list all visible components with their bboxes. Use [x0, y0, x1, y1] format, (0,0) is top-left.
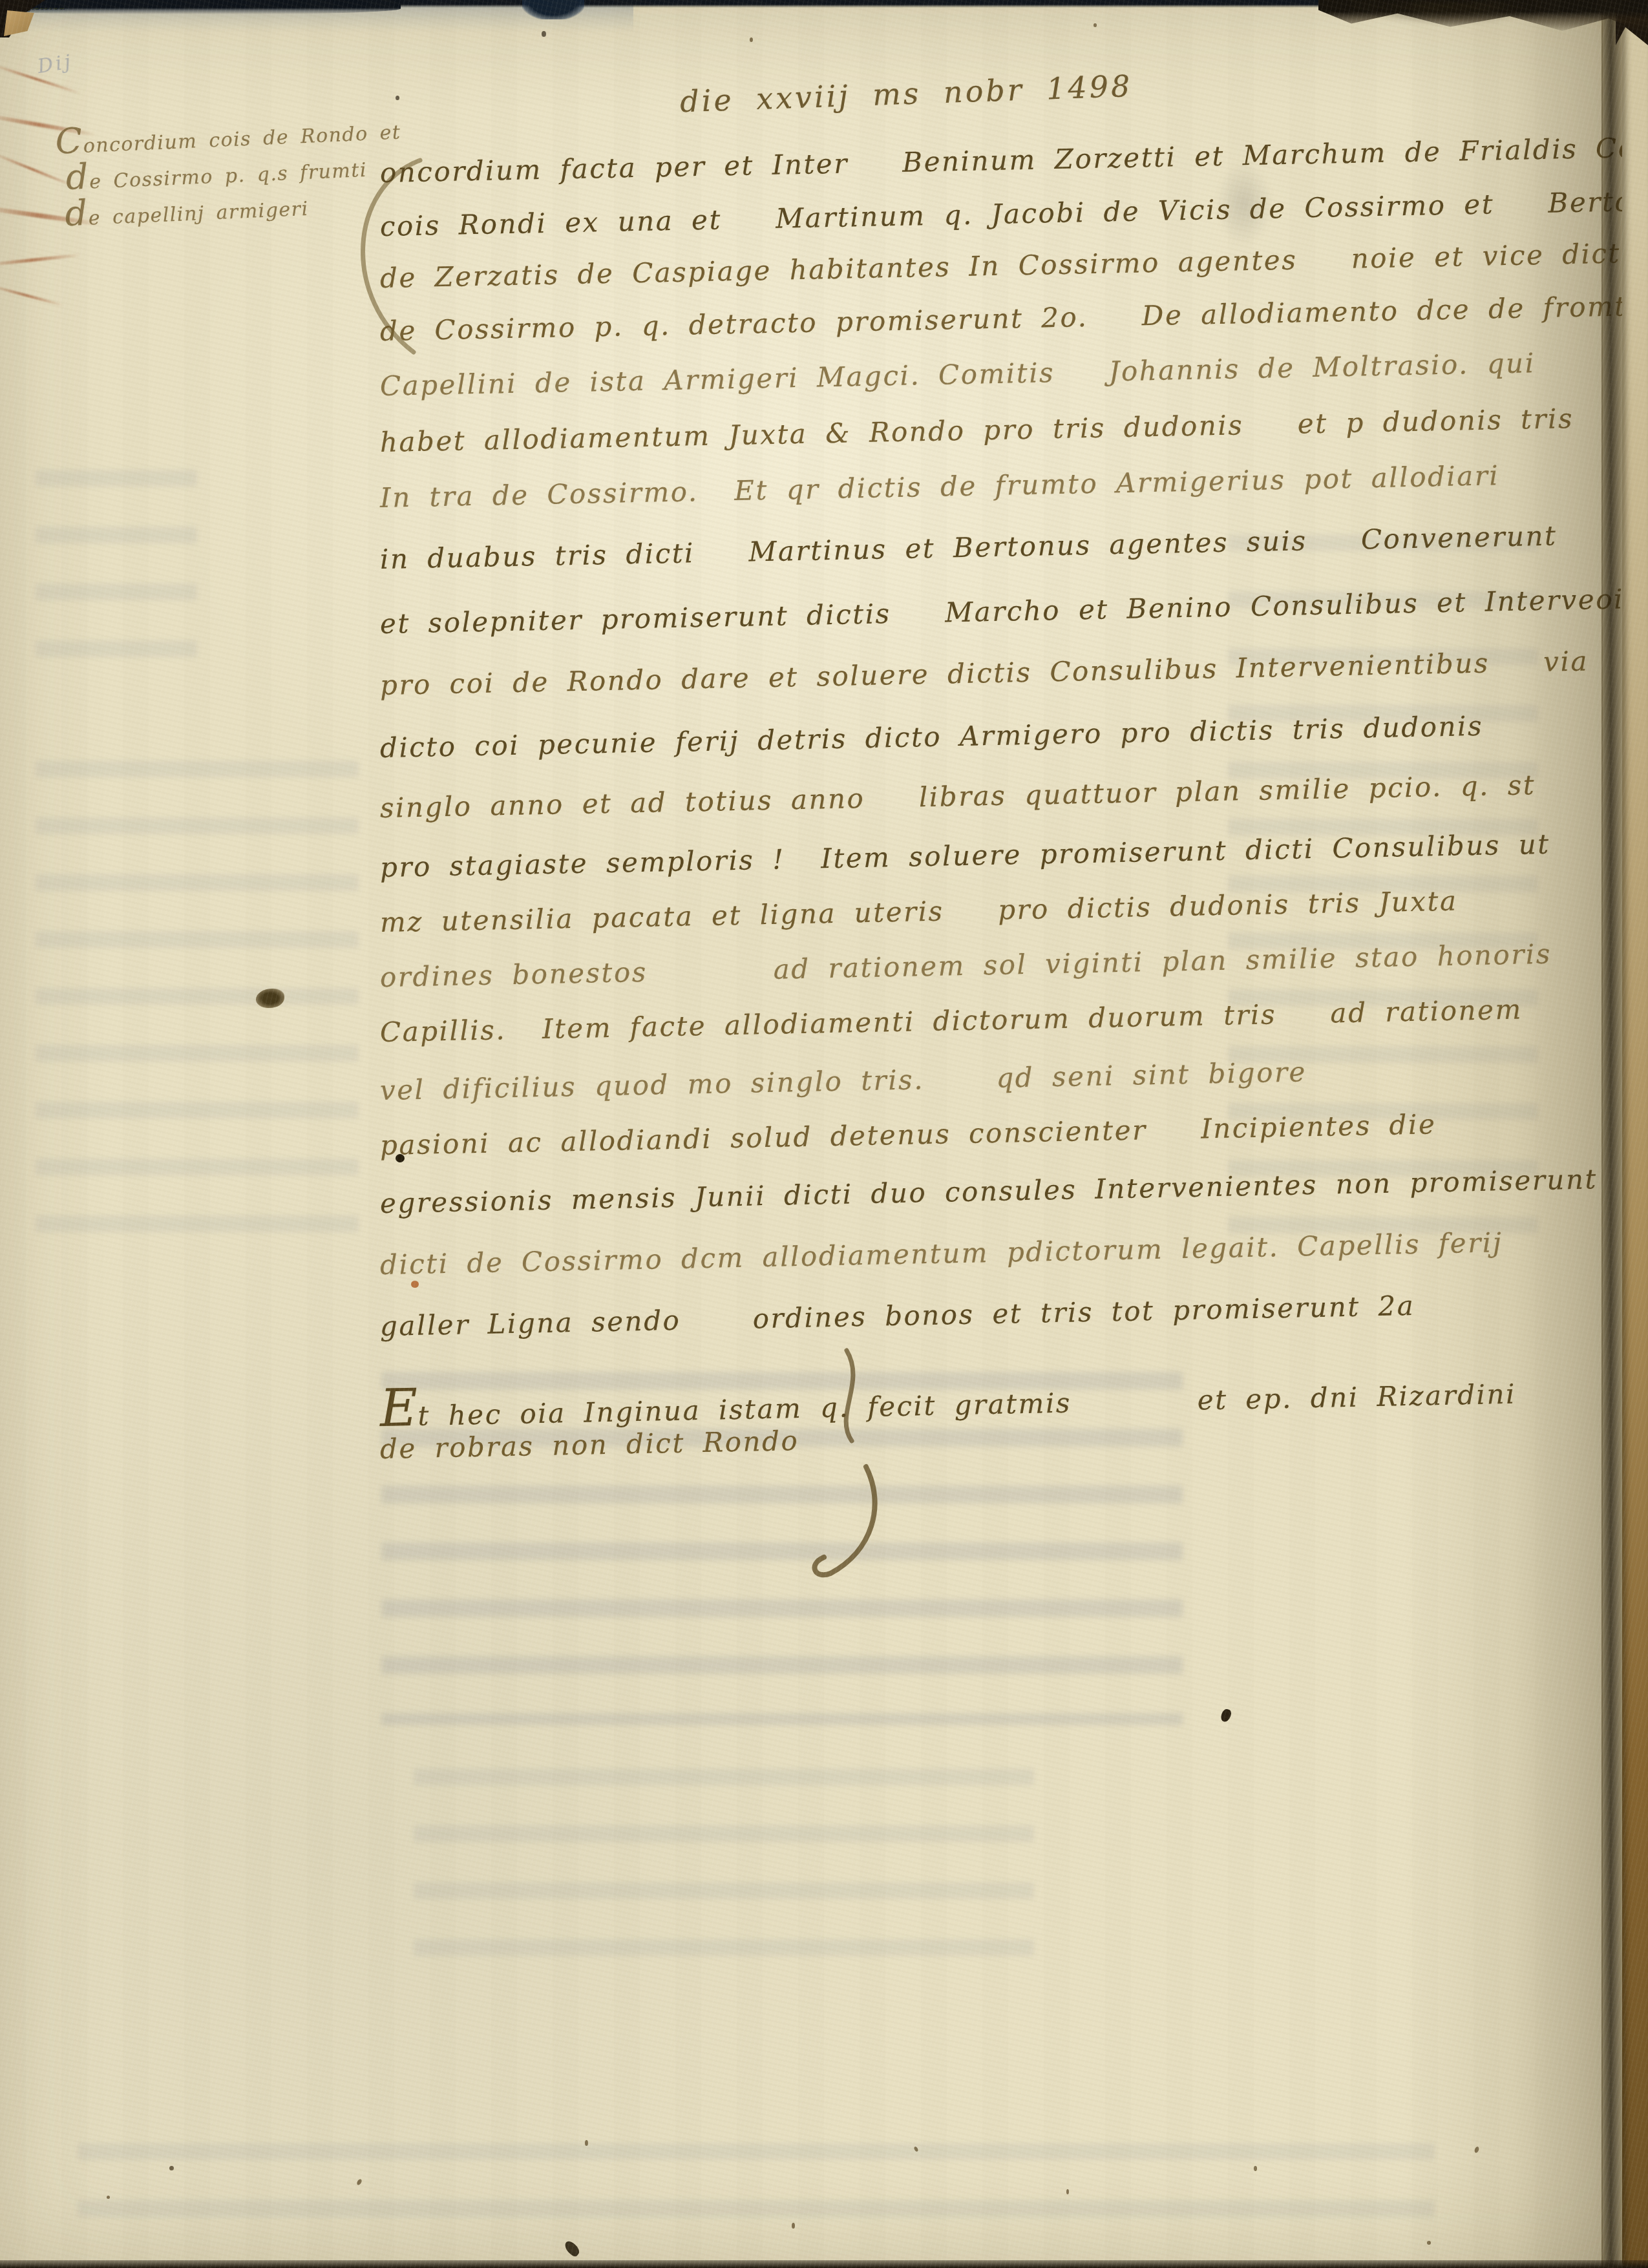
manuscript-text-line: ordines bonestos ad rationem sol viginti…	[380, 938, 1552, 993]
scan-top-edge-left	[0, 0, 401, 14]
show-through-text	[36, 446, 197, 666]
rust-stain-streak	[0, 253, 81, 267]
manuscript-text-line: mz utensilia pacata et ligna uteris pro …	[380, 885, 1458, 938]
paper-speck	[356, 2178, 363, 2186]
paper-speck	[107, 2196, 110, 2199]
manuscript-text-line: habet allodiamentum Juxta & Rondo pro tr…	[380, 403, 1574, 458]
paper-speck	[1254, 2166, 1257, 2171]
manuscript-text-line: pasioni ac allodiandi solud detenus cons…	[380, 1108, 1437, 1161]
paper-speck	[1220, 1708, 1232, 1723]
manuscript-text-line: Et hec oia Inginua istam q. fecit gratmi…	[379, 1356, 1517, 1438]
manuscript-text-line: Capellini de ista Armigeri Magci. Comiti…	[380, 347, 1536, 402]
paper-speck	[169, 2166, 174, 2170]
paper-fleck	[562, 2240, 582, 2258]
adjacent-page-edge	[1622, 0, 1648, 2268]
paper-speck	[914, 2146, 919, 2152]
page-curve-shading	[1402, 0, 1603, 2268]
manuscript-text-line: galler Ligna sendo ordines bonos et tris…	[380, 1290, 1415, 1342]
manuscript-text-line: vel dificilius quod mo singlo tris. qd s…	[380, 1056, 1307, 1106]
ink-blot-stain	[256, 989, 284, 1008]
paper-speck	[585, 2140, 588, 2146]
manuscript-scan-page: Unregistered Dij Concordium cois de Rond…	[0, 0, 1648, 2268]
scan-top-right-smudge	[1351, 3, 1545, 25]
rust-dot	[411, 1281, 419, 1288]
manuscript-text-line: dicto coi pecunie ferij detris dicto Arm…	[380, 710, 1484, 764]
date-heading: die xxviij ms nobr 1498	[679, 68, 1133, 119]
manuscript-text-line: pro stagiaste semploris ! Item soluere p…	[380, 828, 1551, 883]
manuscript-text-line: dicti de Cossirmo dcm allodiamentum pdic…	[380, 1226, 1503, 1281]
manuscript-text-line: In tra de Cossirmo. Et qr dictis de frum…	[380, 459, 1500, 514]
scan-bottom-edge	[0, 2260, 1648, 2268]
show-through-text	[414, 1745, 1034, 1964]
manuscript-text-line: singlo anno et ad totius anno libras qua…	[380, 769, 1536, 824]
manuscript-text-line: Capillis. Item facte allodiamenti dictor…	[380, 994, 1523, 1048]
paper-speck	[396, 96, 399, 100]
show-through-text	[36, 737, 359, 1266]
paper-speck	[750, 37, 753, 42]
rust-stain-streak	[0, 284, 63, 307]
paper-speck	[792, 2223, 795, 2229]
scan-edge-blob	[522, 0, 584, 19]
paper-speck	[1066, 2189, 1069, 2194]
paper-speck	[1093, 23, 1097, 27]
page-edge-groove	[1601, 0, 1622, 2268]
pencil-foliation-mark: Dij	[36, 50, 75, 78]
show-through-text	[78, 2119, 1435, 2236]
manuscript-text-line: in duabus tris dicti Martinus et Bertonu…	[380, 520, 1558, 575]
